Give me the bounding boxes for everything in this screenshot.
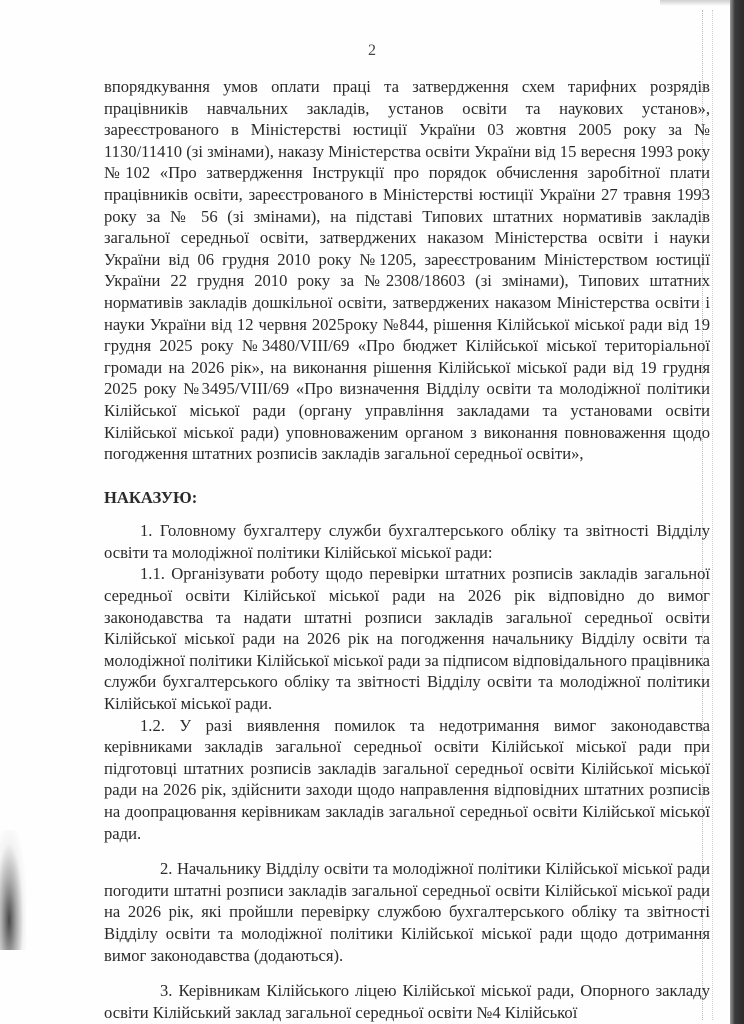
scan-edge-shadow [730,0,744,1024]
order-item-1-1: 1.1. Організувати роботу щодо перевірки … [104,563,710,714]
scan-smudge [0,830,26,950]
scanned-page: 2 впорядкування умов оплати праці та зат… [0,0,744,1024]
scan-dot-artifact [712,10,715,1020]
order-heading: НАКАЗУЮ: [104,487,710,509]
order-item-2: 2. Начальнику Відділу освіти та молодіжн… [104,858,710,966]
intro-paragraph: впорядкування умов оплати праці та затве… [104,76,710,465]
page-number: 2 [0,42,744,60]
order-item-3: 3. Керівникам Кілійського ліцею Кілійськ… [104,980,710,1023]
order-item-1-2: 1.2. У разі виявлення помилок та недотри… [104,715,710,845]
order-item-1: 1. Головному бухгалтеру служби бухгалтер… [104,520,710,563]
document-body: впорядкування умов оплати праці та затве… [104,76,710,1023]
scan-edge-top-shadow [660,0,730,6]
